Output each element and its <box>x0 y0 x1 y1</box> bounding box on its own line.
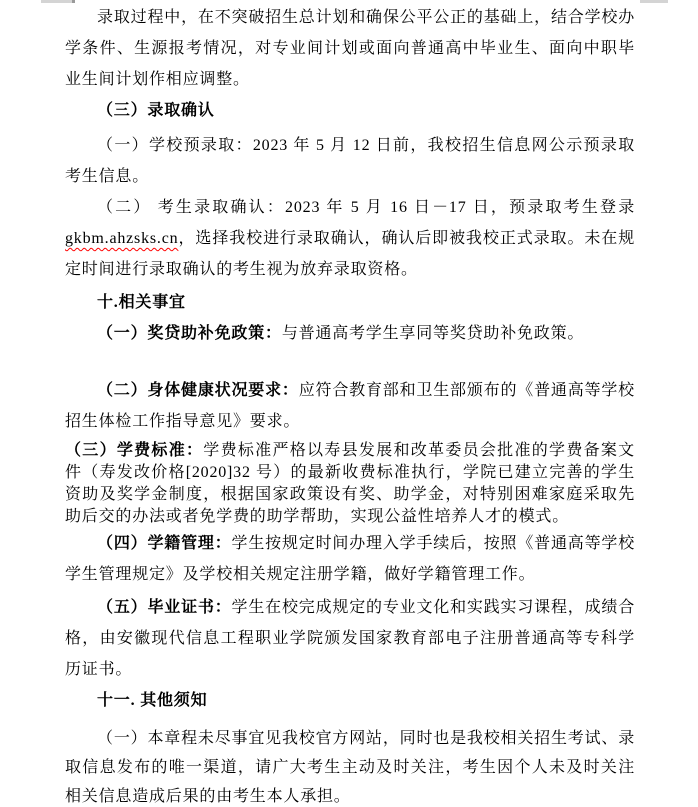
scholarship-policy-label: （一）奖贷助补免政策： <box>97 325 282 342</box>
paragraph-admission-adjustment: 录取过程中，在不突破招生总计划和确保公平公正的基础上，结合学校办学条件、生源报考… <box>65 2 635 95</box>
section-heading-related-matters: 十.相关事宜 <box>65 287 635 318</box>
crop-artifact-left <box>41 0 75 3</box>
scholarship-policy-text: 与普通高考学生享同等奖贷助补免政策。 <box>282 325 584 342</box>
admission-website-url: gkbm.ahzsks.cn <box>65 230 178 247</box>
confirmation-text-before: （二） 考生录取确认：2023 年 5 月 16 日－17 日，预录取考生登录 <box>97 199 635 216</box>
paragraph-candidate-confirmation: （二） 考生录取确认：2023 年 5 月 16 日－17 日，预录取考生登录g… <box>65 192 635 285</box>
paragraph-school-preadmission: （一）学校预录取：2023 年 5 月 12 日前，我校招生信息网公示预录取考生… <box>65 130 635 192</box>
paragraph-tuition-standard: （三）学费标准：学费标准严格以寿县发展和改革委员会批准的学费备案文件（寿发改价格… <box>65 440 635 528</box>
crop-artifact-right <box>640 0 668 3</box>
paragraph-diploma: （五）毕业证书：学生在校完成规定的专业文化和实践实习课程，成绩合格，由安徽现代信… <box>65 592 635 685</box>
tuition-standard-label: （三）学费标准： <box>65 442 203 459</box>
paragraph-official-website-notice: （一）本章程未尽事宜见我校官方网站，同时也是我校相关招生考试、录取信息发布的唯一… <box>65 724 635 807</box>
paragraph-health-requirements: （二）身体健康状况要求：应符合教育部和卫生部颁布的《普通高等学校招生体检工作指导… <box>65 375 635 437</box>
health-requirements-label: （二）身体健康状况要求： <box>97 382 299 399</box>
diploma-label: （五）毕业证书： <box>97 599 232 616</box>
paragraph-scholarship-policy: （一）奖贷助补免政策：与普通高考学生享同等奖贷助补免政策。 <box>65 318 635 349</box>
paragraph-student-status-management: （四）学籍管理：学生按规定时间办理入学手续后，按照《普通高等学校学生管理规定》及… <box>65 528 635 590</box>
section-heading-other-notices: 十一. 其他须知 <box>65 685 635 716</box>
section-heading-admission-confirmation: （三）录取确认 <box>65 95 635 126</box>
document-page: 录取过程中，在不突破招生总计划和确保公平公正的基础上，结合学校办学条件、生源报考… <box>0 0 698 807</box>
student-status-label: （四）学籍管理： <box>97 535 232 552</box>
